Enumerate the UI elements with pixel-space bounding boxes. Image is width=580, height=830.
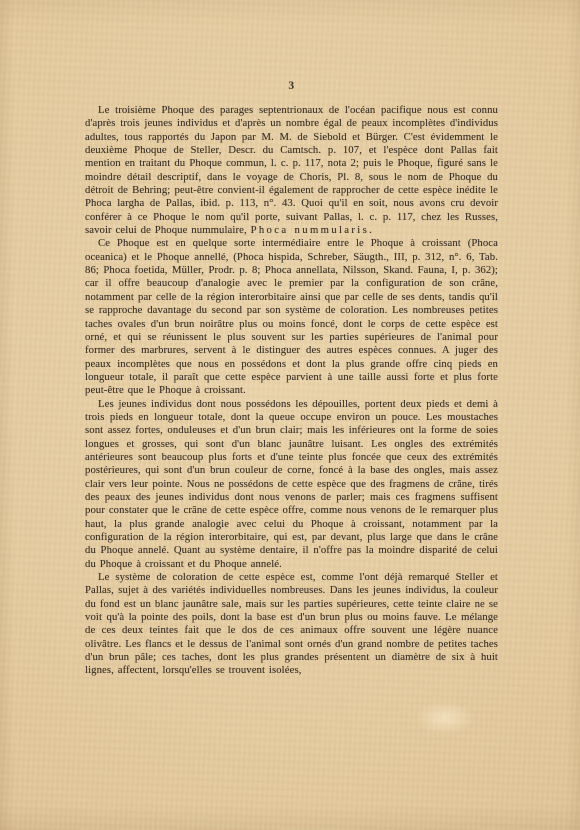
paper-stain xyxy=(415,701,475,735)
paragraph-1: Le troisième Phoque des parages septentr… xyxy=(85,104,498,237)
paragraph-2: Ce Phoque est en quelque sorte intermédi… xyxy=(85,237,498,397)
scanned-book-page: 3 Le troisième Phoque des parages septen… xyxy=(0,0,580,830)
paragraph-1-text: Le troisième Phoque des parages septentr… xyxy=(85,104,498,236)
species-name-letterspaced: Phoca nummularis. xyxy=(251,224,375,236)
page-number: 3 xyxy=(85,80,498,92)
paragraph-4: Le système de coloration de cette espèce… xyxy=(85,571,498,678)
text-block: Le troisième Phoque des parages septentr… xyxy=(85,104,498,678)
paragraph-3: Les jeunes individus dont nous possédons… xyxy=(85,398,498,571)
